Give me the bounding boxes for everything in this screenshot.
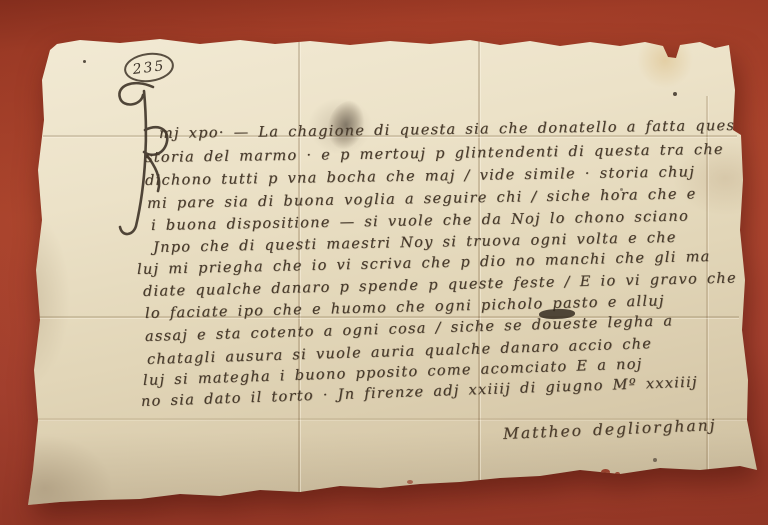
red-stain (615, 472, 620, 476)
manuscript-paper: 235 mj xpo· — La chagione di questa sia … (25, 38, 759, 507)
ink-speck (620, 188, 623, 191)
manuscript-line: mi pare sia di buona voglia a seguire ch… (147, 186, 697, 212)
manuscript-line: mj xpo· — La chagione di questa sia che … (159, 117, 768, 142)
manuscript-line: i buona dispositione — si vuole che da N… (151, 209, 689, 234)
manuscript-paper-shadow: 235 mj xpo· — La chagione di questa sia … (0, 0, 768, 525)
red-stain (407, 480, 413, 484)
photo-background: 235 mj xpo· — La chagione di questa sia … (0, 0, 768, 525)
ink-blot (323, 97, 369, 153)
ink-speck (83, 60, 86, 63)
manuscript-line: dichono tutti p vna bocha che maj / vide… (145, 164, 695, 189)
archive-number: 235 (132, 58, 166, 78)
ink-speck (673, 92, 677, 96)
red-stain (601, 469, 610, 475)
signature: Mattheo degliorghanj (503, 416, 717, 443)
manuscript-line: storia del marmo · e p mertouj p glinten… (145, 142, 724, 166)
ink-speck (653, 458, 657, 462)
